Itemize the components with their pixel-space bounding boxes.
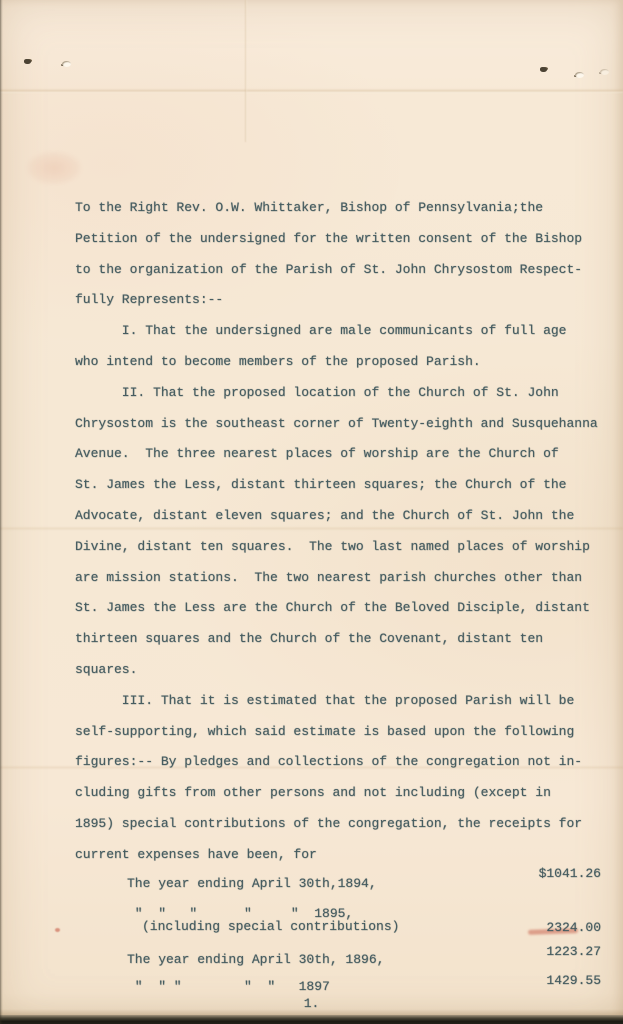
typed-line: 1895) special contributions of the congr… — [75, 809, 623, 840]
typed-line: Chrysostom is the southeast corner of Tw… — [75, 409, 623, 440]
red-ink-dot — [55, 928, 60, 932]
staple-mark-left-1 — [24, 59, 31, 64]
article-3: III. That it is estimated that the propo… — [75, 686, 623, 871]
typed-line: III. That it is estimated that the propo… — [75, 686, 623, 717]
staple-mark-right-1 — [540, 67, 547, 72]
vertical-fold-crease — [245, 0, 247, 142]
photo-backing-left-edge — [0, 0, 3, 1024]
typed-line: figures:-- By pledges and collections of… — [75, 747, 623, 778]
salutation: To the Right Rev. O.W. Whittaker, Bishop… — [75, 193, 623, 316]
ledger-label: The year ending April 30th,1894, — [127, 876, 377, 891]
photographed-document: To the Right Rev. O.W. Whittaker, Bishop… — [0, 0, 623, 1024]
horizontal-fold-crease-top — [0, 89, 623, 93]
document-page: To the Right Rev. O.W. Whittaker, Bishop… — [0, 0, 623, 1024]
staple-hole-left-2 — [62, 61, 71, 67]
petition-body: To the Right Rev. O.W. Whittaker, Bishop… — [75, 193, 623, 871]
typed-line: Divine, distant ten squares. The two las… — [75, 532, 623, 563]
typed-line: fully Represents:-- — [75, 285, 623, 316]
staple-hole-right-3 — [600, 69, 609, 75]
article-2: II. That the proposed location of the Ch… — [75, 378, 623, 686]
typed-line: to the organization of the Parish of St.… — [75, 255, 623, 286]
article-1: I. That the undersigned are male communi… — [75, 316, 623, 378]
ledger-amount: 1429.55 — [546, 973, 601, 988]
ledger-sublabel: (including special contributions) — [142, 919, 399, 934]
typed-line: II. That the proposed location of the Ch… — [75, 378, 623, 409]
typed-line: I. That the undersigned are male communi… — [75, 316, 623, 347]
typed-line: cluding gifts from other persons and not… — [75, 778, 623, 809]
typed-line: To the Right Rev. O.W. Whittaker, Bishop… — [75, 193, 623, 224]
ledger-amount: $1041.26 — [539, 866, 601, 881]
paper-stain — [28, 152, 80, 184]
typed-line: St. James the Less are the Church of the… — [75, 593, 623, 624]
ledger-label: The year ending April 30th, 1896, — [127, 952, 384, 967]
typed-line: St. James the Less, distant thirteen squ… — [75, 470, 623, 501]
photo-backing-bottom-edge — [0, 1015, 623, 1024]
typed-line: Petition of the undersigned for the writ… — [75, 224, 623, 255]
typed-line: thirteen squares and the Church of the C… — [75, 624, 623, 655]
typed-line: squares. — [75, 655, 623, 686]
ledger-label-ditto: " " " " " 1897 — [127, 979, 330, 994]
ledger-amount: 2324.00 — [546, 920, 601, 935]
staple-hole-right-2 — [575, 72, 584, 78]
ledger-amount: 1223.27 — [546, 944, 601, 959]
typed-line: who intend to become members of the prop… — [75, 347, 623, 378]
typed-line: self-supporting, which said estimate is … — [75, 717, 623, 748]
typed-line: Advocate, distant eleven squares; and th… — [75, 501, 623, 532]
typed-line: are mission stations. The two nearest pa… — [75, 563, 623, 594]
typed-line: Avenue. The three nearest places of wors… — [75, 439, 623, 470]
